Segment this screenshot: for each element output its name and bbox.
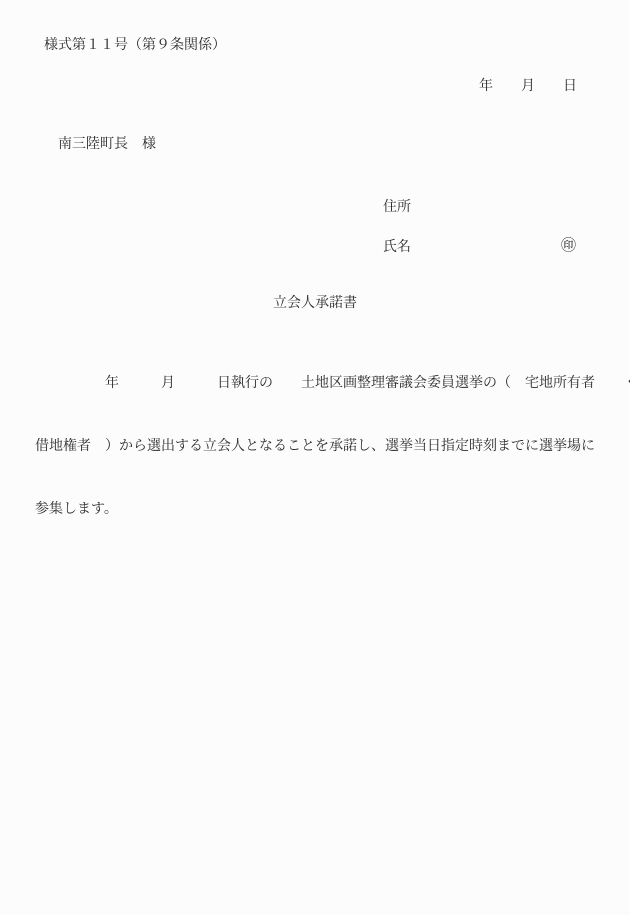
document-title: 立会人承諾書 xyxy=(0,296,630,311)
body-line-3: 参集します。 xyxy=(35,499,607,520)
document-page: 様式第１１号（第９条関係） 年 月 日 南三陸町長 様 住所 氏名 ㊞ 立会人承… xyxy=(0,0,630,915)
address-label: 住所 xyxy=(383,200,411,215)
seal-mark-icon: ㊞ xyxy=(561,239,576,254)
issue-date-line: 年 月 日 xyxy=(479,79,577,94)
name-label: 氏名 xyxy=(383,240,411,255)
form-number: 様式第１１号（第９条関係） xyxy=(44,38,226,53)
addressee: 南三陸町長 様 xyxy=(58,137,156,152)
body-paragraph: 年 月 日執行の 土地区画整理審議会委員選挙の（ 宅地所有者 ・ 借地権者 ）か… xyxy=(35,331,607,562)
body-line-1: 年 月 日執行の 土地区画整理審議会委員選挙の（ 宅地所有者 ・ xyxy=(35,373,607,394)
body-line-2: 借地権者 ）から選出する立会人となることを承諾し、選挙当日指定時刻までに選挙場に xyxy=(35,436,607,457)
